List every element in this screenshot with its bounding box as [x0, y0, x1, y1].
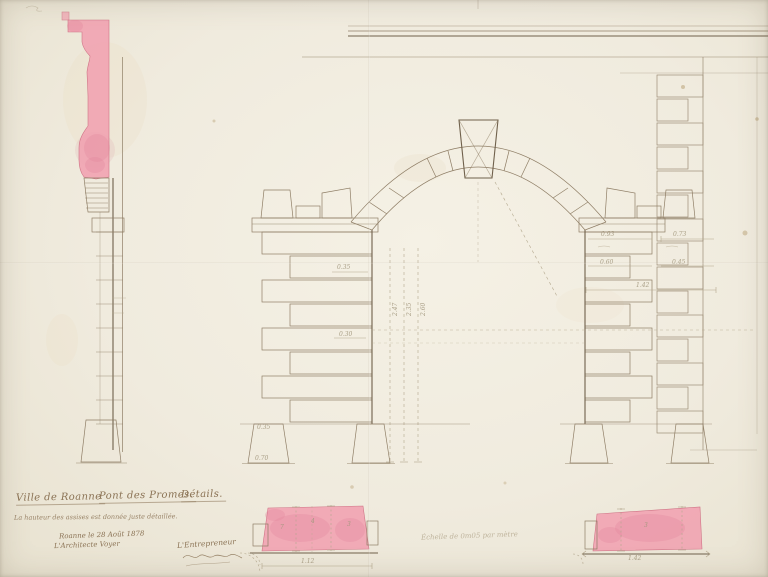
dimension-label: 0.93 — [601, 231, 614, 238]
sheet-title-details: Détails. — [181, 489, 226, 501]
keystone — [459, 120, 498, 178]
dimension-label: 1.42 — [636, 282, 649, 289]
pier-footings — [240, 424, 757, 464]
dimension-label: 0.35 — [337, 264, 350, 271]
paper-stains — [26, 6, 759, 489]
paper-fold-horizontal — [0, 262, 768, 264]
dimension-label: 2.60 — [420, 303, 427, 316]
dimension-label: 3 — [644, 522, 648, 529]
top-cornice-lines — [302, 0, 768, 73]
sheet-title-city: Ville de Roanne — [16, 491, 105, 504]
paper-fold-vertical — [368, 0, 370, 577]
dimension-label: 0.73 — [673, 231, 686, 238]
left-pier-quoins — [252, 188, 378, 424]
right-wall-quoin-chain — [657, 57, 757, 450]
plan-right-coping — [573, 506, 710, 564]
dimension-label: 0.35 — [257, 424, 270, 431]
dimension-label: 0.70 — [255, 455, 268, 462]
dimension-label: 7 — [280, 524, 284, 531]
drawing-sheet: Ville de Roanne Pont des Promes. Détails… — [0, 0, 768, 577]
construction-lines — [332, 182, 754, 462]
dimension-label: 2.35 — [406, 303, 413, 316]
arch-voussoirs — [351, 120, 606, 230]
dimension-label: 2.47 — [392, 303, 399, 316]
dimension-label: 3 — [347, 521, 351, 528]
contractor-signature — [183, 554, 242, 566]
dimension-label: 1.12 — [301, 558, 314, 565]
dimension-label: 1.42 — [628, 555, 641, 562]
height-note: La hauteur des assises est donnée juste … — [14, 512, 178, 521]
dimension-label: 0.30 — [339, 331, 352, 338]
dimension-label: 4 — [311, 518, 315, 525]
